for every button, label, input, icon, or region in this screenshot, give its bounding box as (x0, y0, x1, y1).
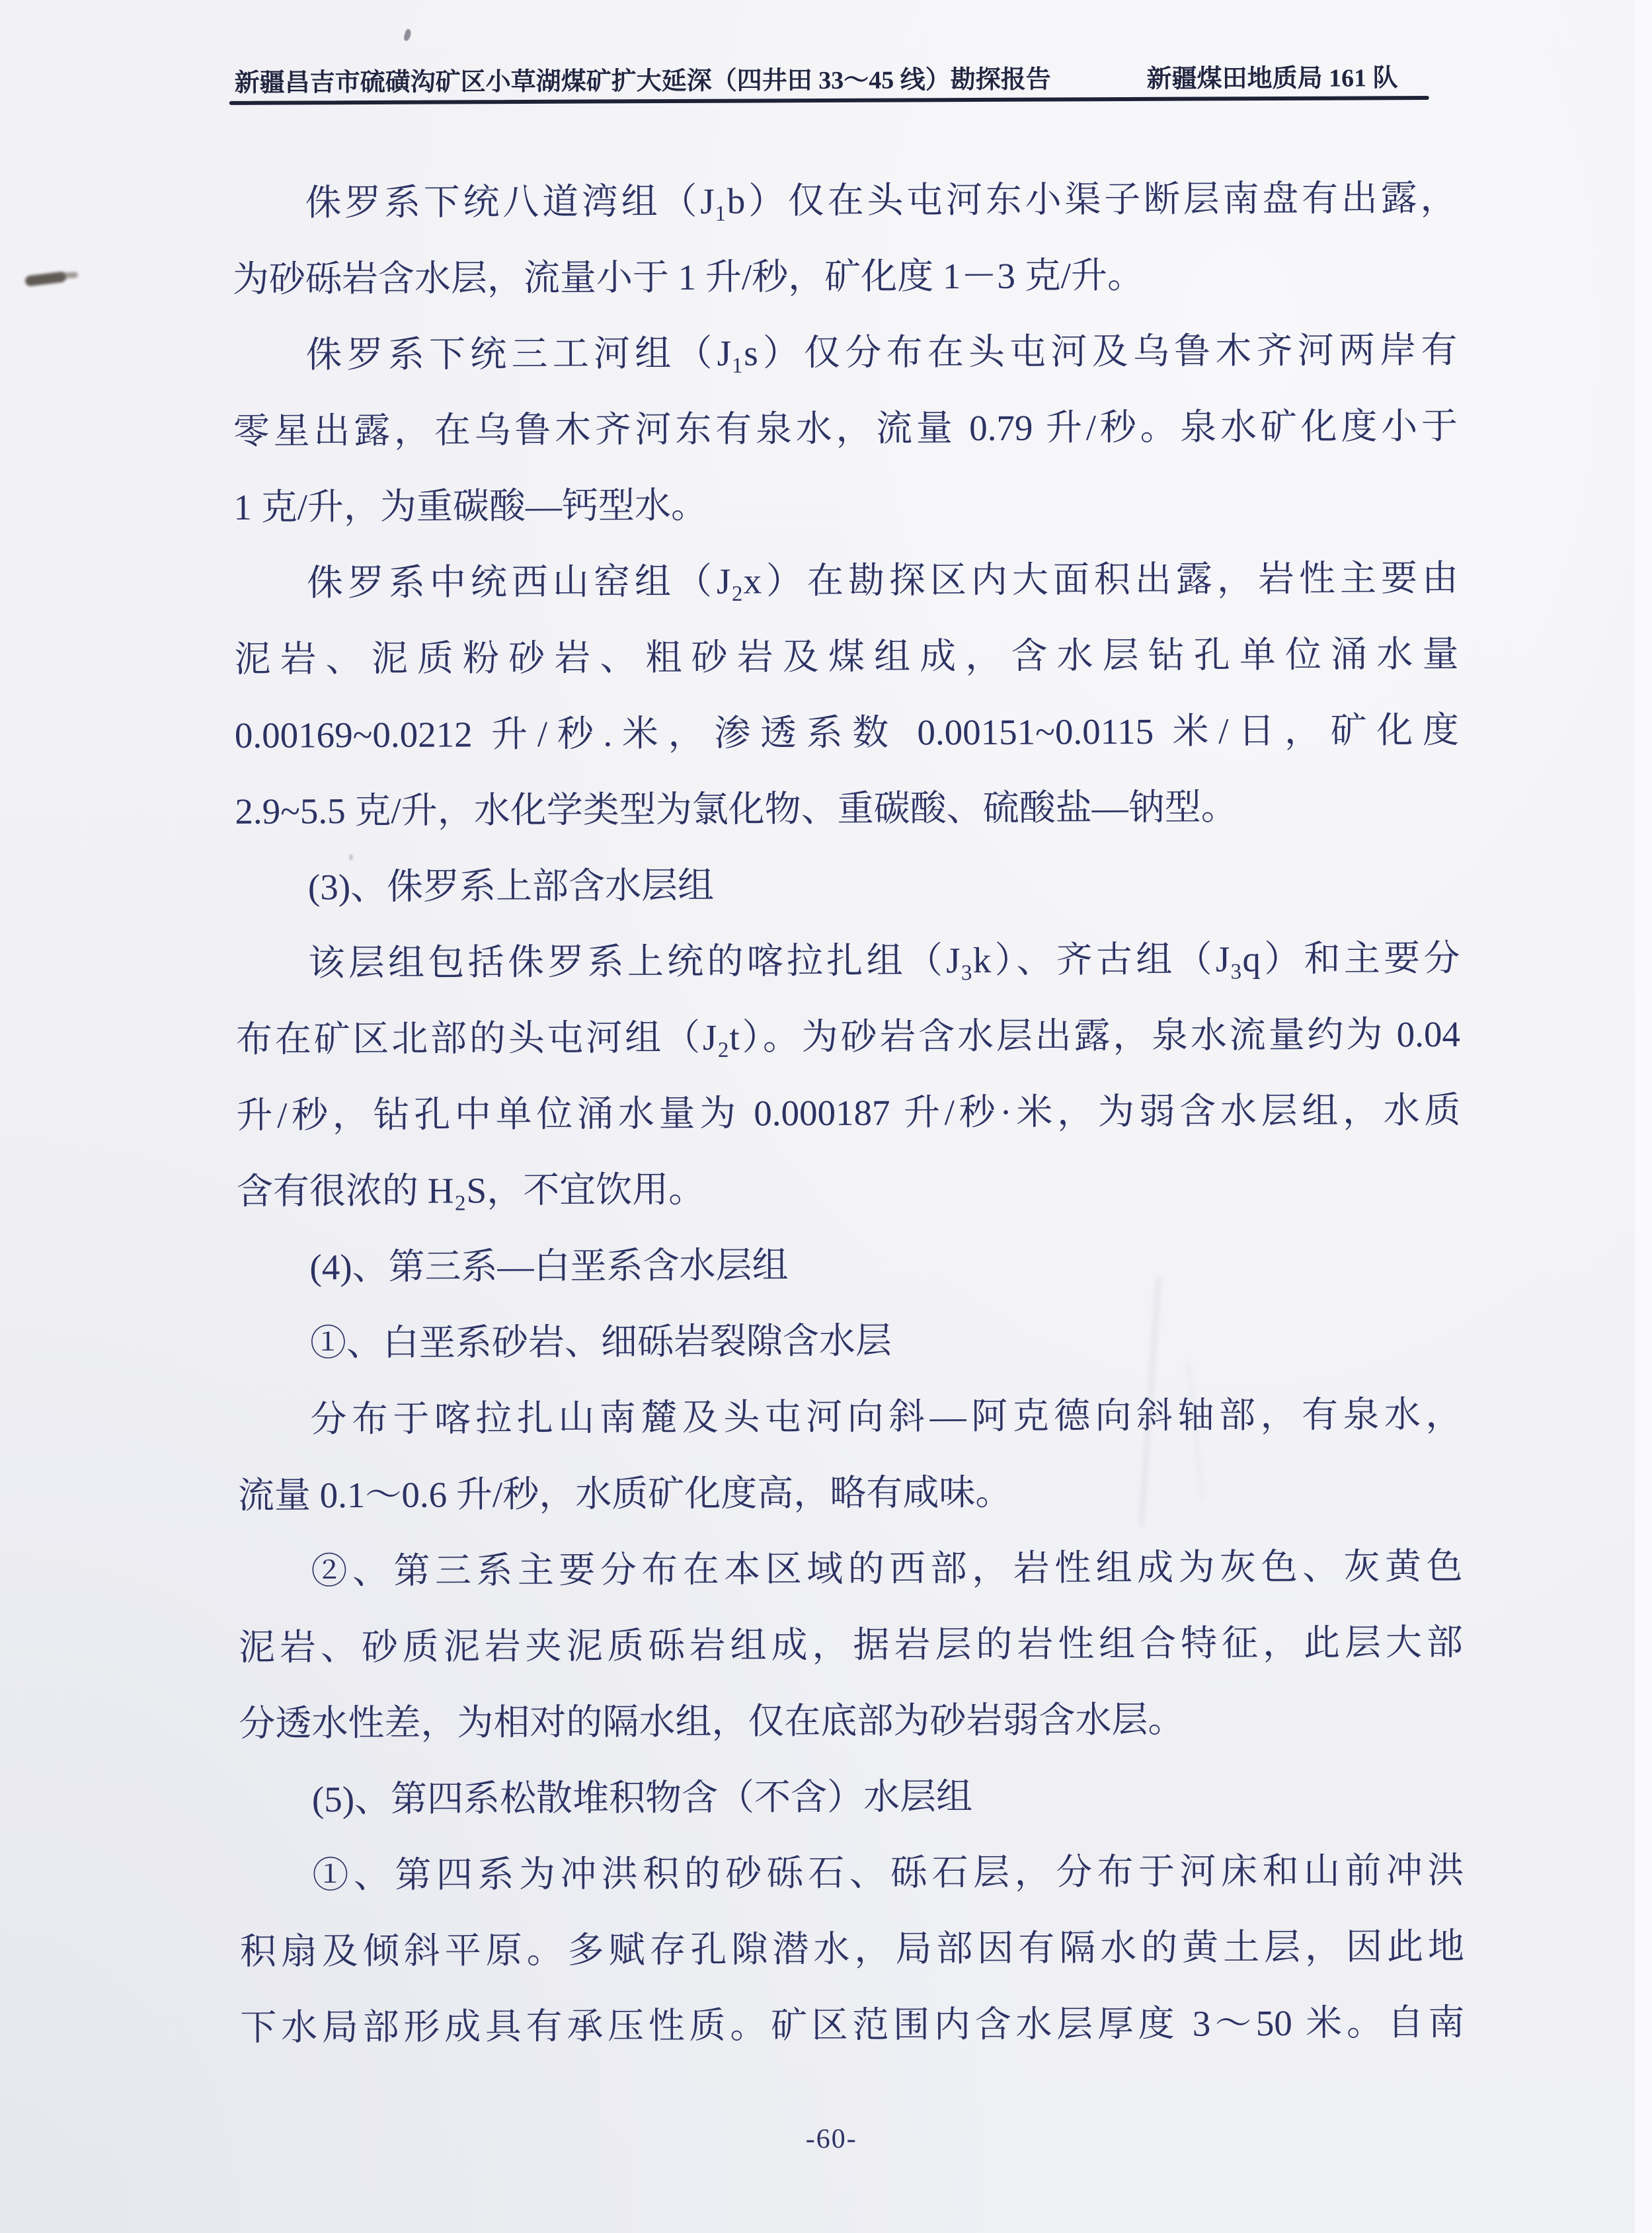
text-line: (4)、第三系—白垩系含水层组 (237, 1224, 1461, 1306)
header-title-left: 新疆昌吉市硫磺沟矿区小草湖煤矿扩大延深（四井田 33～45 线）勘探报告 (235, 59, 1051, 98)
text-line: ①、第四系为冲洪积的砂砾石、砾石层，分布于河床和山前冲洪 (239, 1832, 1464, 1914)
text-line: 积扇及倾斜平原。多赋存孔隙潜水，局部因有隔水的黄土层，因此地 (240, 1908, 1464, 1990)
text-line: 分透水性差，为相对的隔水组，仅在底部为砂岩弱含水层。 (239, 1680, 1463, 1762)
page-number: -60- (806, 2124, 857, 2154)
text-line: 侏罗系下统八道湾组（J₁b）仅在头屯河东小渠子断层南盘有出露， (232, 160, 1456, 241)
text-line: 流量 0.1～0.6 升/秒，水质矿化度高，略有咸味。 (238, 1452, 1462, 1534)
text-line: 泥岩、砂质泥岩夹泥质砾岩组成，据岩层的岩性组合特征，此层大部 (239, 1604, 1463, 1686)
text-line: 侏罗系下统三工河组（J₁s）仅分布在头屯河及乌鲁木齐河两岸有 (233, 312, 1457, 393)
text-line: (3)、侏罗系上部含水层组 (235, 844, 1460, 925)
header-title-right: 新疆煤田地质局 161 队 (1146, 57, 1397, 95)
text-line: ②、第三系主要分布在本区域的西部，岩性组成为灰色、灰黄色 (238, 1528, 1462, 1610)
text-line: 布在矿区北部的头屯河组（J₂t）。为砂岩含水层出露，泉水流量约为 0.04 (236, 996, 1460, 1077)
text-line: 0.00169~0.0212 升/秒.米，渗透系数 0.00151~0.0115… (235, 692, 1459, 773)
text-line: 侏罗系中统西山窑组（J₂x）在勘探区内大面积出露，岩性主要由 (234, 540, 1458, 621)
document-body: 侏罗系下统八道湾组（J₁b）仅在头屯河东小渠子断层南盘有出露，为砂砾岩含水层，流… (232, 160, 1465, 2066)
text-line: 泥岩、泥质粉砂岩、粗砂岩及煤组成，含水层钻孔单位涌水量 (234, 616, 1458, 697)
text-line: 1 克/升，为重碳酸—钙型水。 (233, 464, 1458, 545)
text-line: ①、白垩系砂岩、细砾岩裂隙含水层 (237, 1300, 1462, 1382)
text-line: (5)、第四系松散堆积物含（不含）水层组 (239, 1756, 1464, 1838)
text-line: 下水局部形成具有承压性质。矿区范围内含水层厚度 3～50 米。自南 (240, 1984, 1464, 2066)
text-line: 该层组包括侏罗系上统的喀拉扎组（J₃k）、齐古组（J₃q）和主要分 (235, 920, 1460, 1001)
text-line: 升/秒，钻孔中单位涌水量为 0.000187 升/秒·米，为弱含水层组，水质 (236, 1072, 1460, 1154)
scanned-document-page: 新疆昌吉市硫磺沟矿区小草湖煤矿扩大延深（四井田 33～45 线）勘探报告 新疆煤… (0, 0, 1652, 2233)
text-line: 2.9~5.5 克/升，水化学类型为氯化物、重碳酸、硫酸盐—钠型。 (235, 768, 1459, 849)
text-line: 含有很浓的 H₂S，不宜饮用。 (237, 1148, 1461, 1230)
page-footer: -60- (5, 2120, 1652, 2159)
page-content: 新疆昌吉市硫磺沟矿区小草湖煤矿扩大延深（四井田 33～45 线）勘探报告 新疆煤… (0, 0, 1652, 2233)
running-header: 新疆昌吉市硫磺沟矿区小草湖煤矿扩大延深（四井田 33～45 线）勘探报告 新疆煤… (235, 57, 1398, 98)
text-line: 为砂砾岩含水层，流量小于 1 升/秒，矿化度 1－3 克/升。 (233, 236, 1457, 317)
text-line: 分布于喀拉扎山南麓及头屯河向斜—阿克德向斜轴部，有泉水， (237, 1376, 1462, 1458)
text-line: 零星出露，在乌鲁木齐河东有泉水，流量 0.79 升/秒。泉水矿化度小于 (233, 388, 1458, 469)
